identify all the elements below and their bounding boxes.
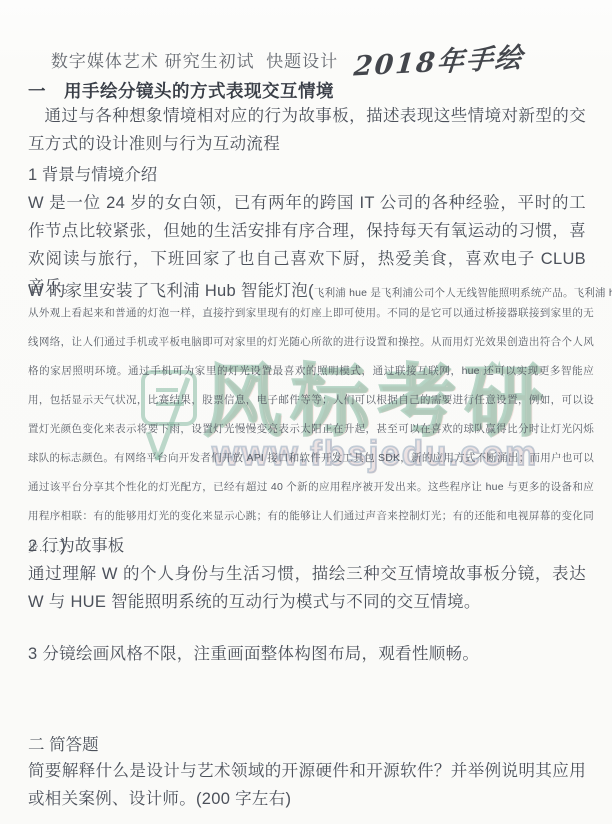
header-printed-title: 数字媒体艺术 研究生初试 快题设计	[51, 52, 338, 71]
hue-footnote-body: 从外观上看起来和普通的灯泡一样，直接拧到家里现有的灯座上即可使用。不同的是它可以…	[28, 307, 594, 554]
question2-paragraph: 简要解释什么是设计与艺术领域的开源硬件和开源软件？并举例说明其应用或相关案例、设…	[28, 757, 586, 813]
header-handwritten-note: 2018年手绘	[352, 35, 525, 83]
question1-part1-label: 1 背景与情境介绍	[28, 161, 157, 185]
question1-heading: 一 用手绘分镜头的方式表现交互情境	[28, 78, 334, 103]
question1-hue-intro-line: W 的家里安装了飞利浦 Hub 智能灯泡(飞利浦 hue 是飞利浦公司个人无线智…	[28, 277, 612, 301]
question1-part2-label: 2 行为故事板	[28, 532, 124, 556]
hue-line-note-text: 飞利浦 hue 是飞利浦公司个人无线智能照明系统产品。飞利浦 hue	[314, 287, 612, 299]
exam-paper-page: 风标考研 www.fbsjedu.com 数字媒体艺术 研究生初试 快题设计20…	[0, 0, 612, 824]
question2-heading: 二 简答题	[28, 731, 99, 755]
hue-line-main-text: W 的家里安装了飞利浦 Hub 智能灯泡(	[28, 282, 314, 300]
question1-hue-footnote-block: 从外观上看起来和普通的灯泡一样，直接拧到家里现有的灯座上即可使用。不同的是它可以…	[28, 299, 594, 563]
question1-storyboard-paragraph: 通过理解 W 的个人身份与生活习惯，描绘三种交互情境故事板分镜，表达 W 与 H…	[28, 560, 586, 616]
question1-part3-paragraph: 3 分镜绘画风格不限，注重画面整体构图布局，观看性顺畅。	[28, 640, 479, 664]
question1-intro-paragraph: 通过与各种想象情境相对应的行为故事板，描述表现这些情境对新型的交互方式的设计准则…	[28, 102, 586, 158]
